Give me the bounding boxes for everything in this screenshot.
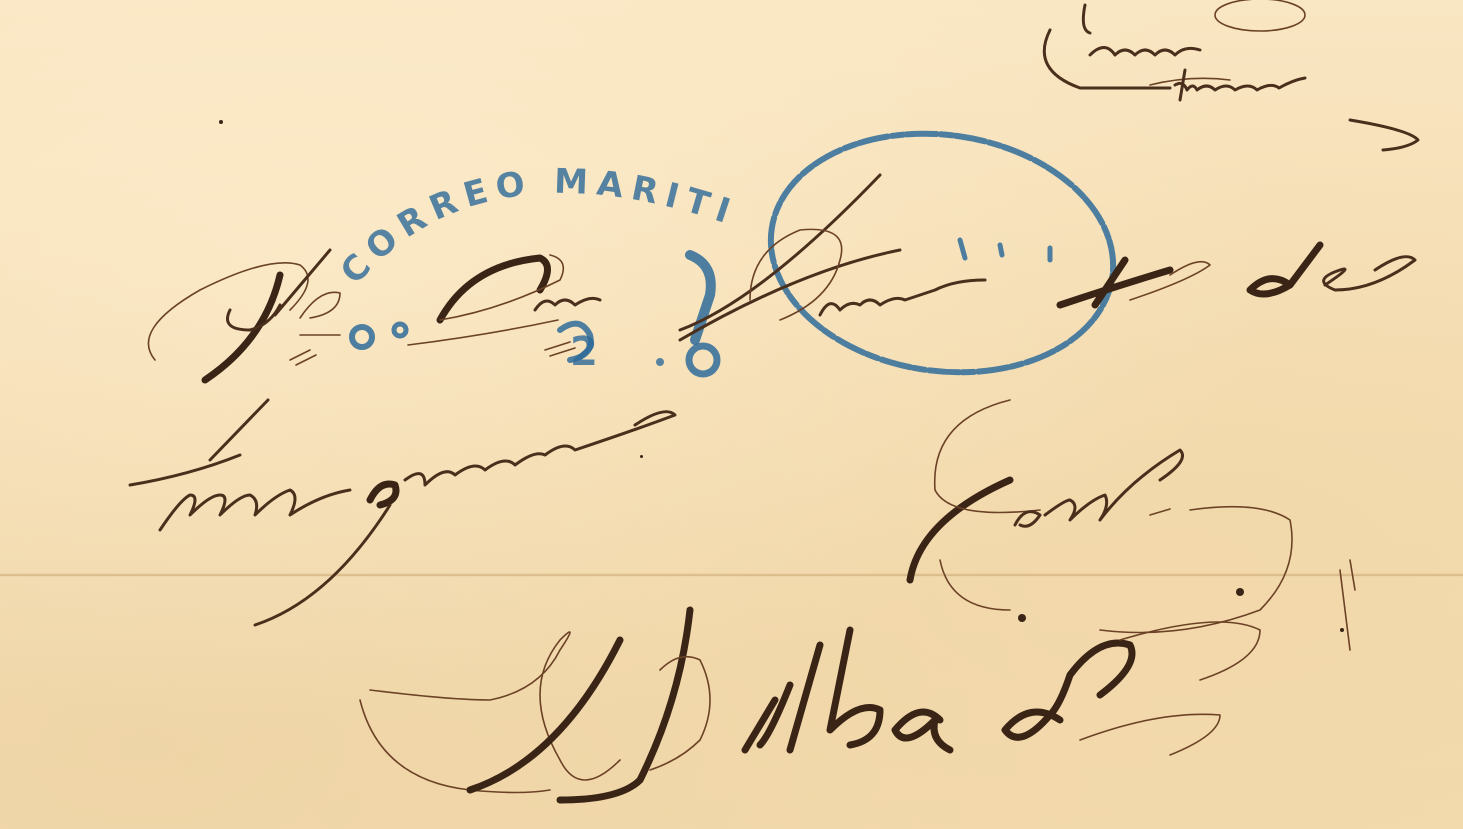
- ink-speck: [640, 455, 643, 458]
- address-name-ad-de: [1060, 245, 1415, 305]
- endorsement-line-1: Capitan: [1045, 20, 1204, 66]
- address-line-1: Sor. Dn. Pedro Ad de: [150, 250, 1099, 355]
- address-line-3: Comte.: [910, 450, 1200, 543]
- endorsement-line-2: Azcarraga: [1170, 65, 1378, 111]
- postal-cover: CORREO MARITIMO 2: [0, 0, 1463, 829]
- ink-speck: [1340, 628, 1344, 632]
- address-line-4: Bilbao: [560, 640, 946, 779]
- address-line-2: Larrasquin: [150, 420, 596, 513]
- ink-speck: [219, 120, 223, 124]
